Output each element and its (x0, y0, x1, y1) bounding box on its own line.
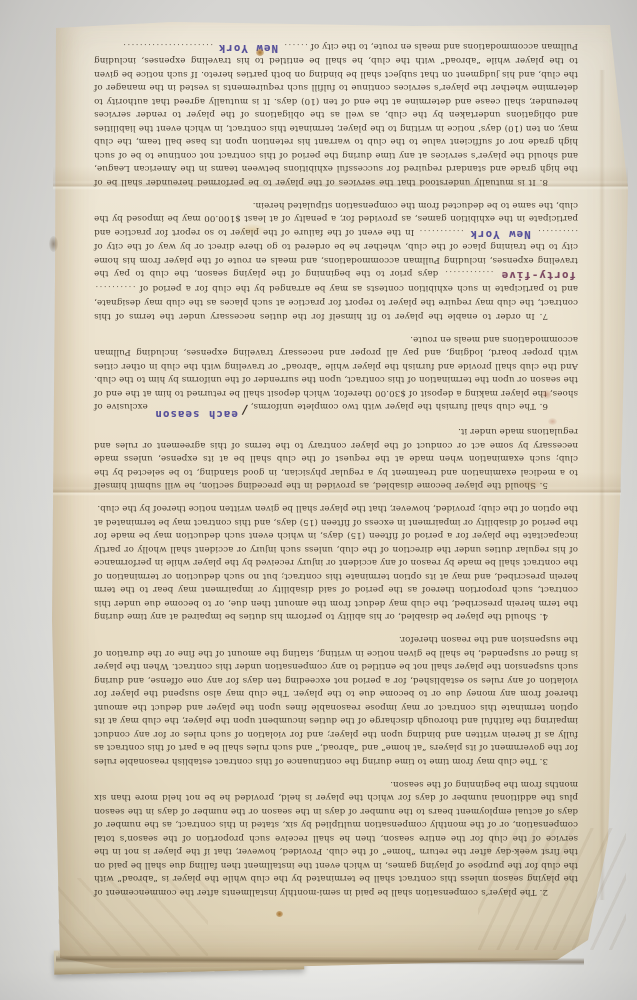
rubber-stamp-text: forty-five (499, 270, 578, 282)
dotted-blank-line: .......... (94, 284, 135, 293)
clause-5-medical-examination: 5. Should the player become disabled, as… (94, 424, 578, 492)
contract-clause-text: exclusive of shoes, the player making a … (94, 334, 578, 412)
contract-clause-text: 7. In order to enable the player to fit … (94, 283, 578, 321)
clause-2-compensation: 2. The player’s compensation shall be pa… (94, 777, 578, 899)
contract-clause-text: 3. The club may from time to time during… (94, 635, 578, 767)
rubber-stamp-text: New York (216, 42, 280, 54)
contract-clause-text: 8. It is mutually understood that the se… (94, 41, 578, 187)
clause-4-disability: 4. Should the player be disabled, or his… (94, 501, 578, 623)
clause-3-rules-and-fines: 3. The club may from time to time during… (94, 632, 578, 767)
dotted-blank-line: ...................... (122, 42, 213, 51)
contract-clause-text: 4. Should the player be disabled, or his… (94, 504, 578, 622)
contract-text-block: 2. The player’s compensation shall be pa… (52, 20, 630, 968)
contract-document-page: 2. The player’s compensation shall be pa… (52, 20, 630, 968)
rubber-stamp-text: each season (152, 409, 240, 421)
insertion-caret-mark: ∕ (243, 404, 247, 418)
clause-8-standard-of-services: 8. It is mutually understood that the se… (94, 39, 578, 189)
contract-clause-text: 5. Should the player become disabled, as… (94, 427, 578, 491)
contract-clause-text: 6. The club shall furnish the player wit… (251, 402, 548, 412)
rubber-stamp-text: New York (468, 228, 533, 240)
photo-backdrop: 2. The player’s compensation shall be pa… (0, 0, 637, 1000)
dotted-blank-line: .......... (537, 228, 578, 237)
dotted-blank-line: ........... (418, 228, 464, 237)
dotted-blank-line: ...... (283, 42, 308, 51)
dotted-blank-line: ............ (444, 270, 494, 279)
clause-7-spring-training: 7. In order to enable the player to fit … (94, 198, 578, 323)
clause-6-uniforms: 6. The club shall furnish the player wit… (94, 332, 578, 415)
contract-clause-text: 2. The player’s compensation shall be pa… (94, 779, 578, 897)
